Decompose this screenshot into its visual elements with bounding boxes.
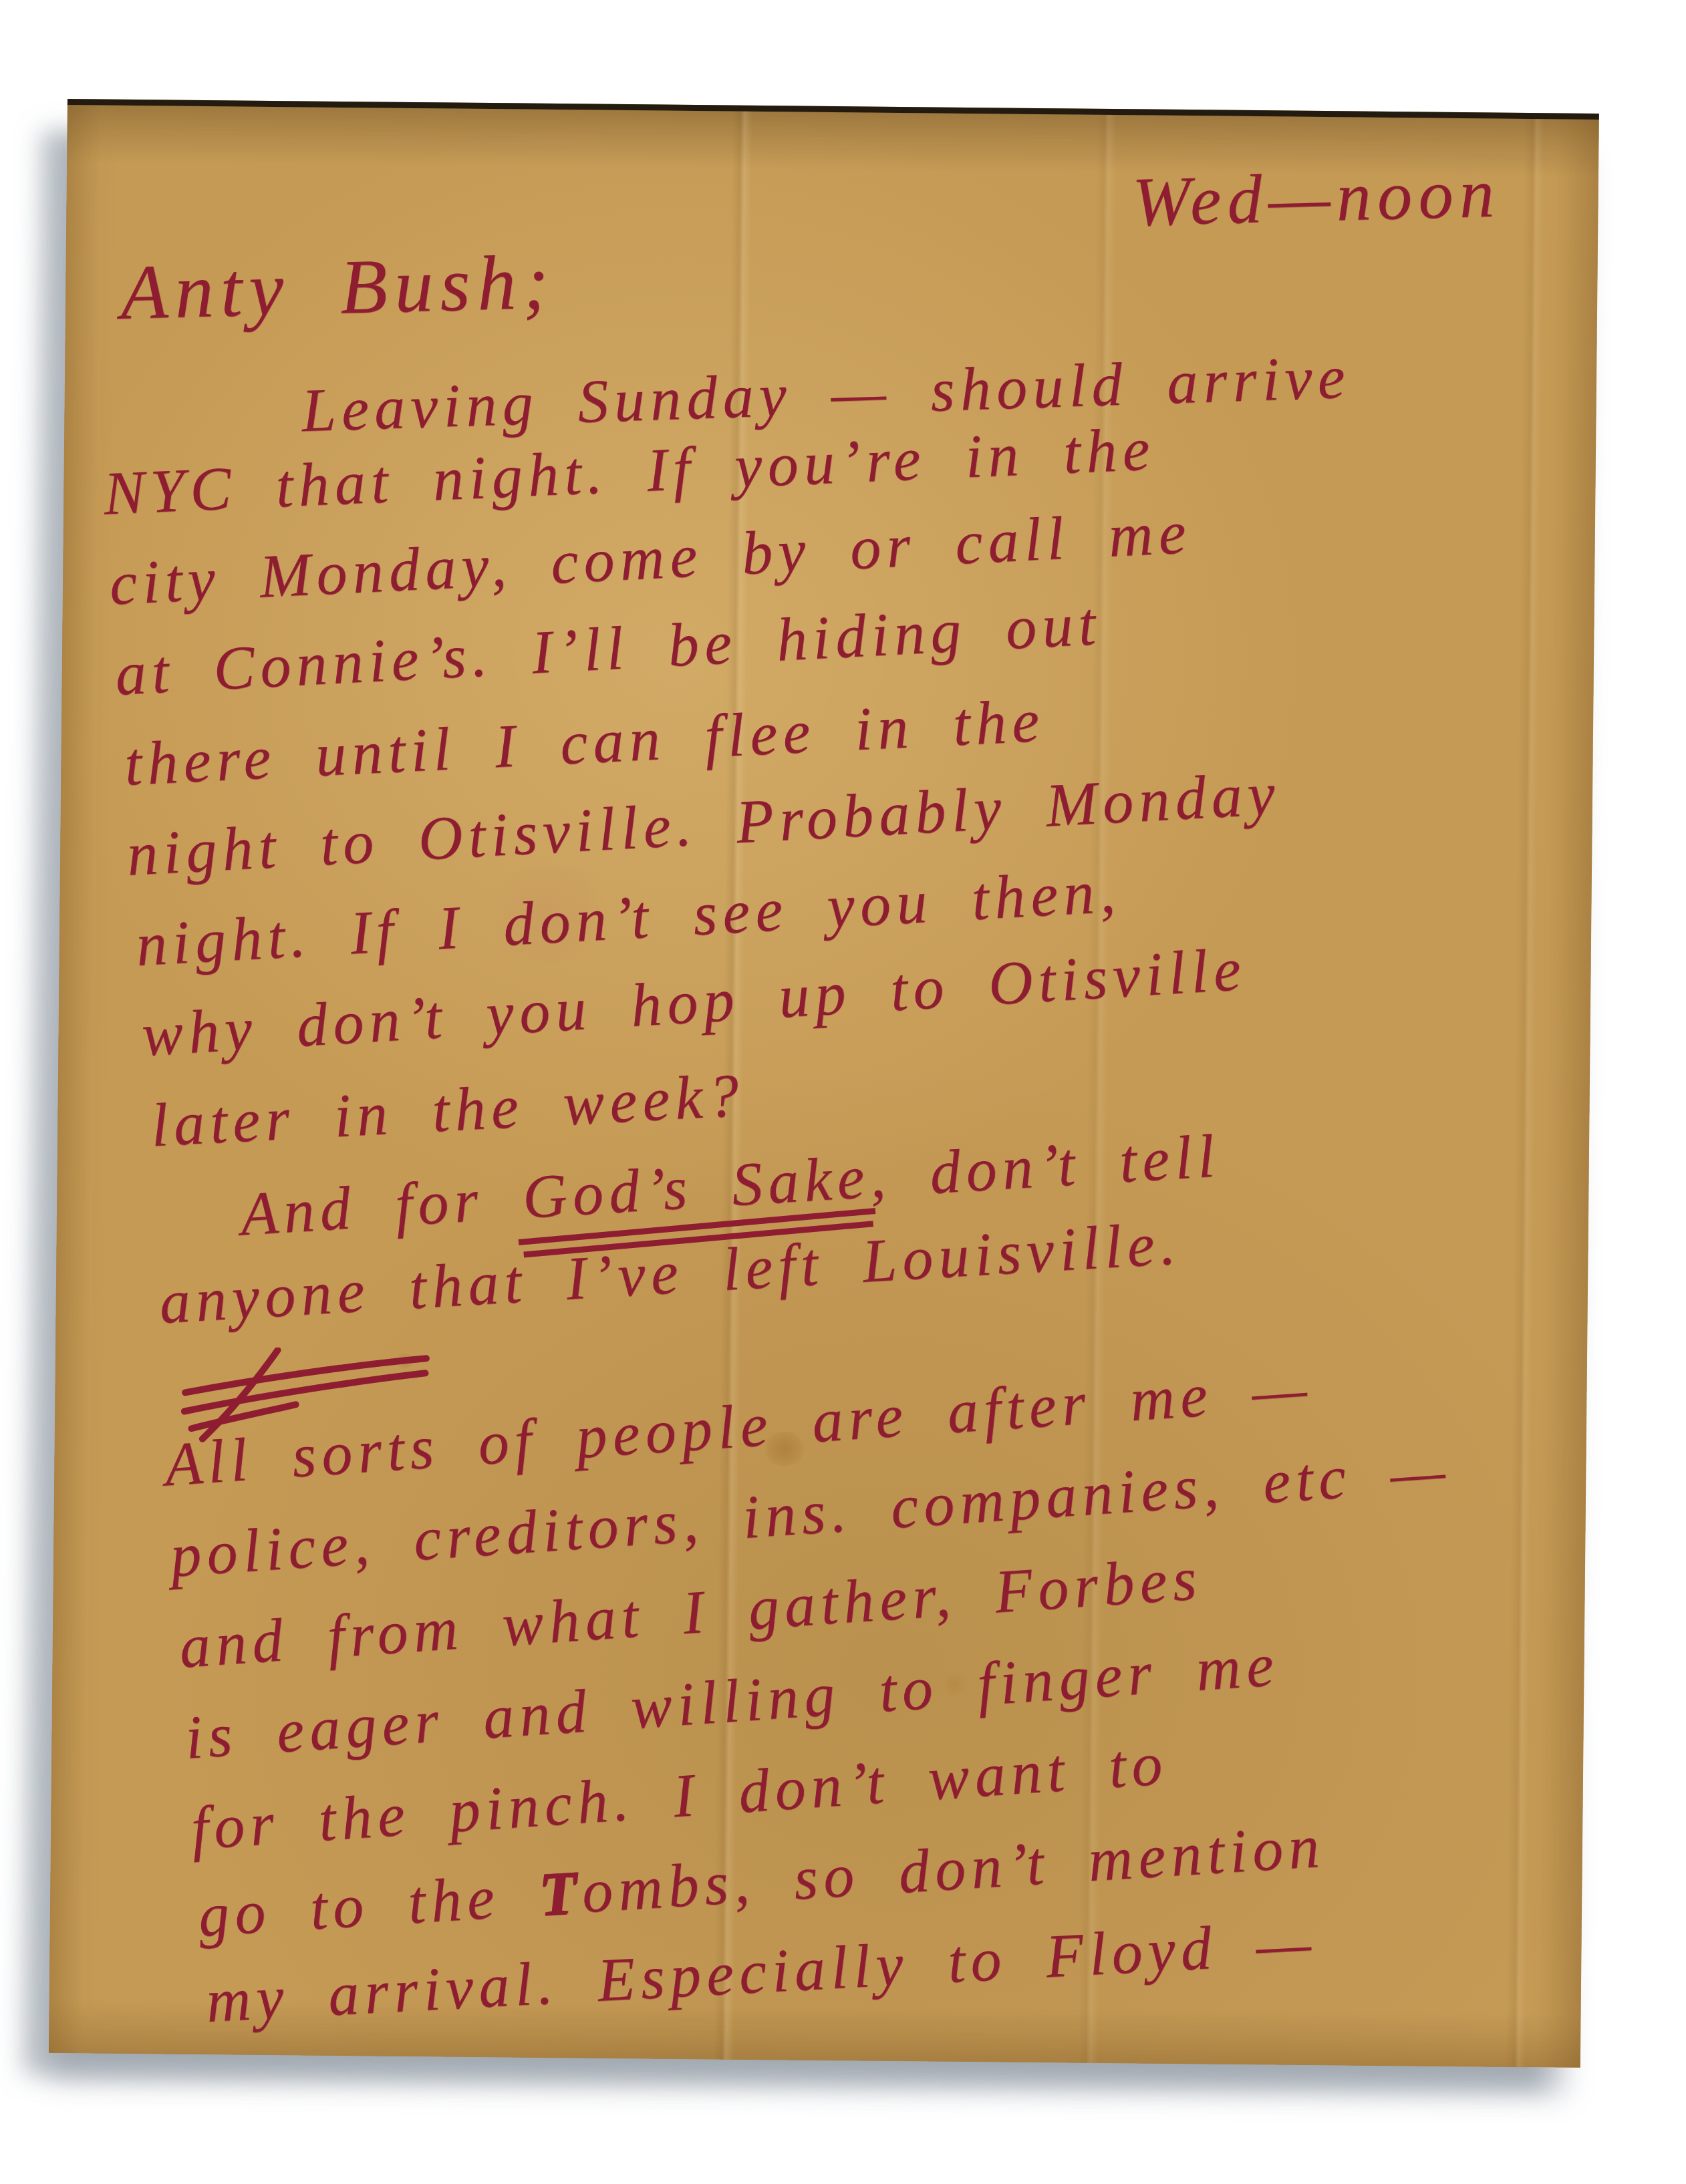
- tombs-initial: T: [537, 1857, 584, 1928]
- tombs-before: go to the: [196, 1860, 541, 1949]
- gods-sake-after: , don’t tell: [867, 1121, 1222, 1210]
- fold-crease: [1506, 119, 1544, 2067]
- letter-paper: Wed—noon Anty Bush; Leaving Sunday — sho…: [49, 99, 1599, 2068]
- gods-sake-before: And for: [239, 1163, 525, 1248]
- tombs-rest: ombs: [580, 1848, 736, 1925]
- letter-dateline: Wed—noon: [1131, 158, 1501, 238]
- letter-salutation: Anty Bush;: [120, 243, 557, 333]
- letter-body-line: later in the week?: [150, 1064, 746, 1157]
- letter-scan: Wed—noon Anty Bush; Leaving Sunday — sho…: [0, 0, 1686, 2184]
- tombs-after: , so don’t mention: [732, 1812, 1327, 1917]
- gods-sake-emphasized: God’s Sake: [521, 1146, 871, 1229]
